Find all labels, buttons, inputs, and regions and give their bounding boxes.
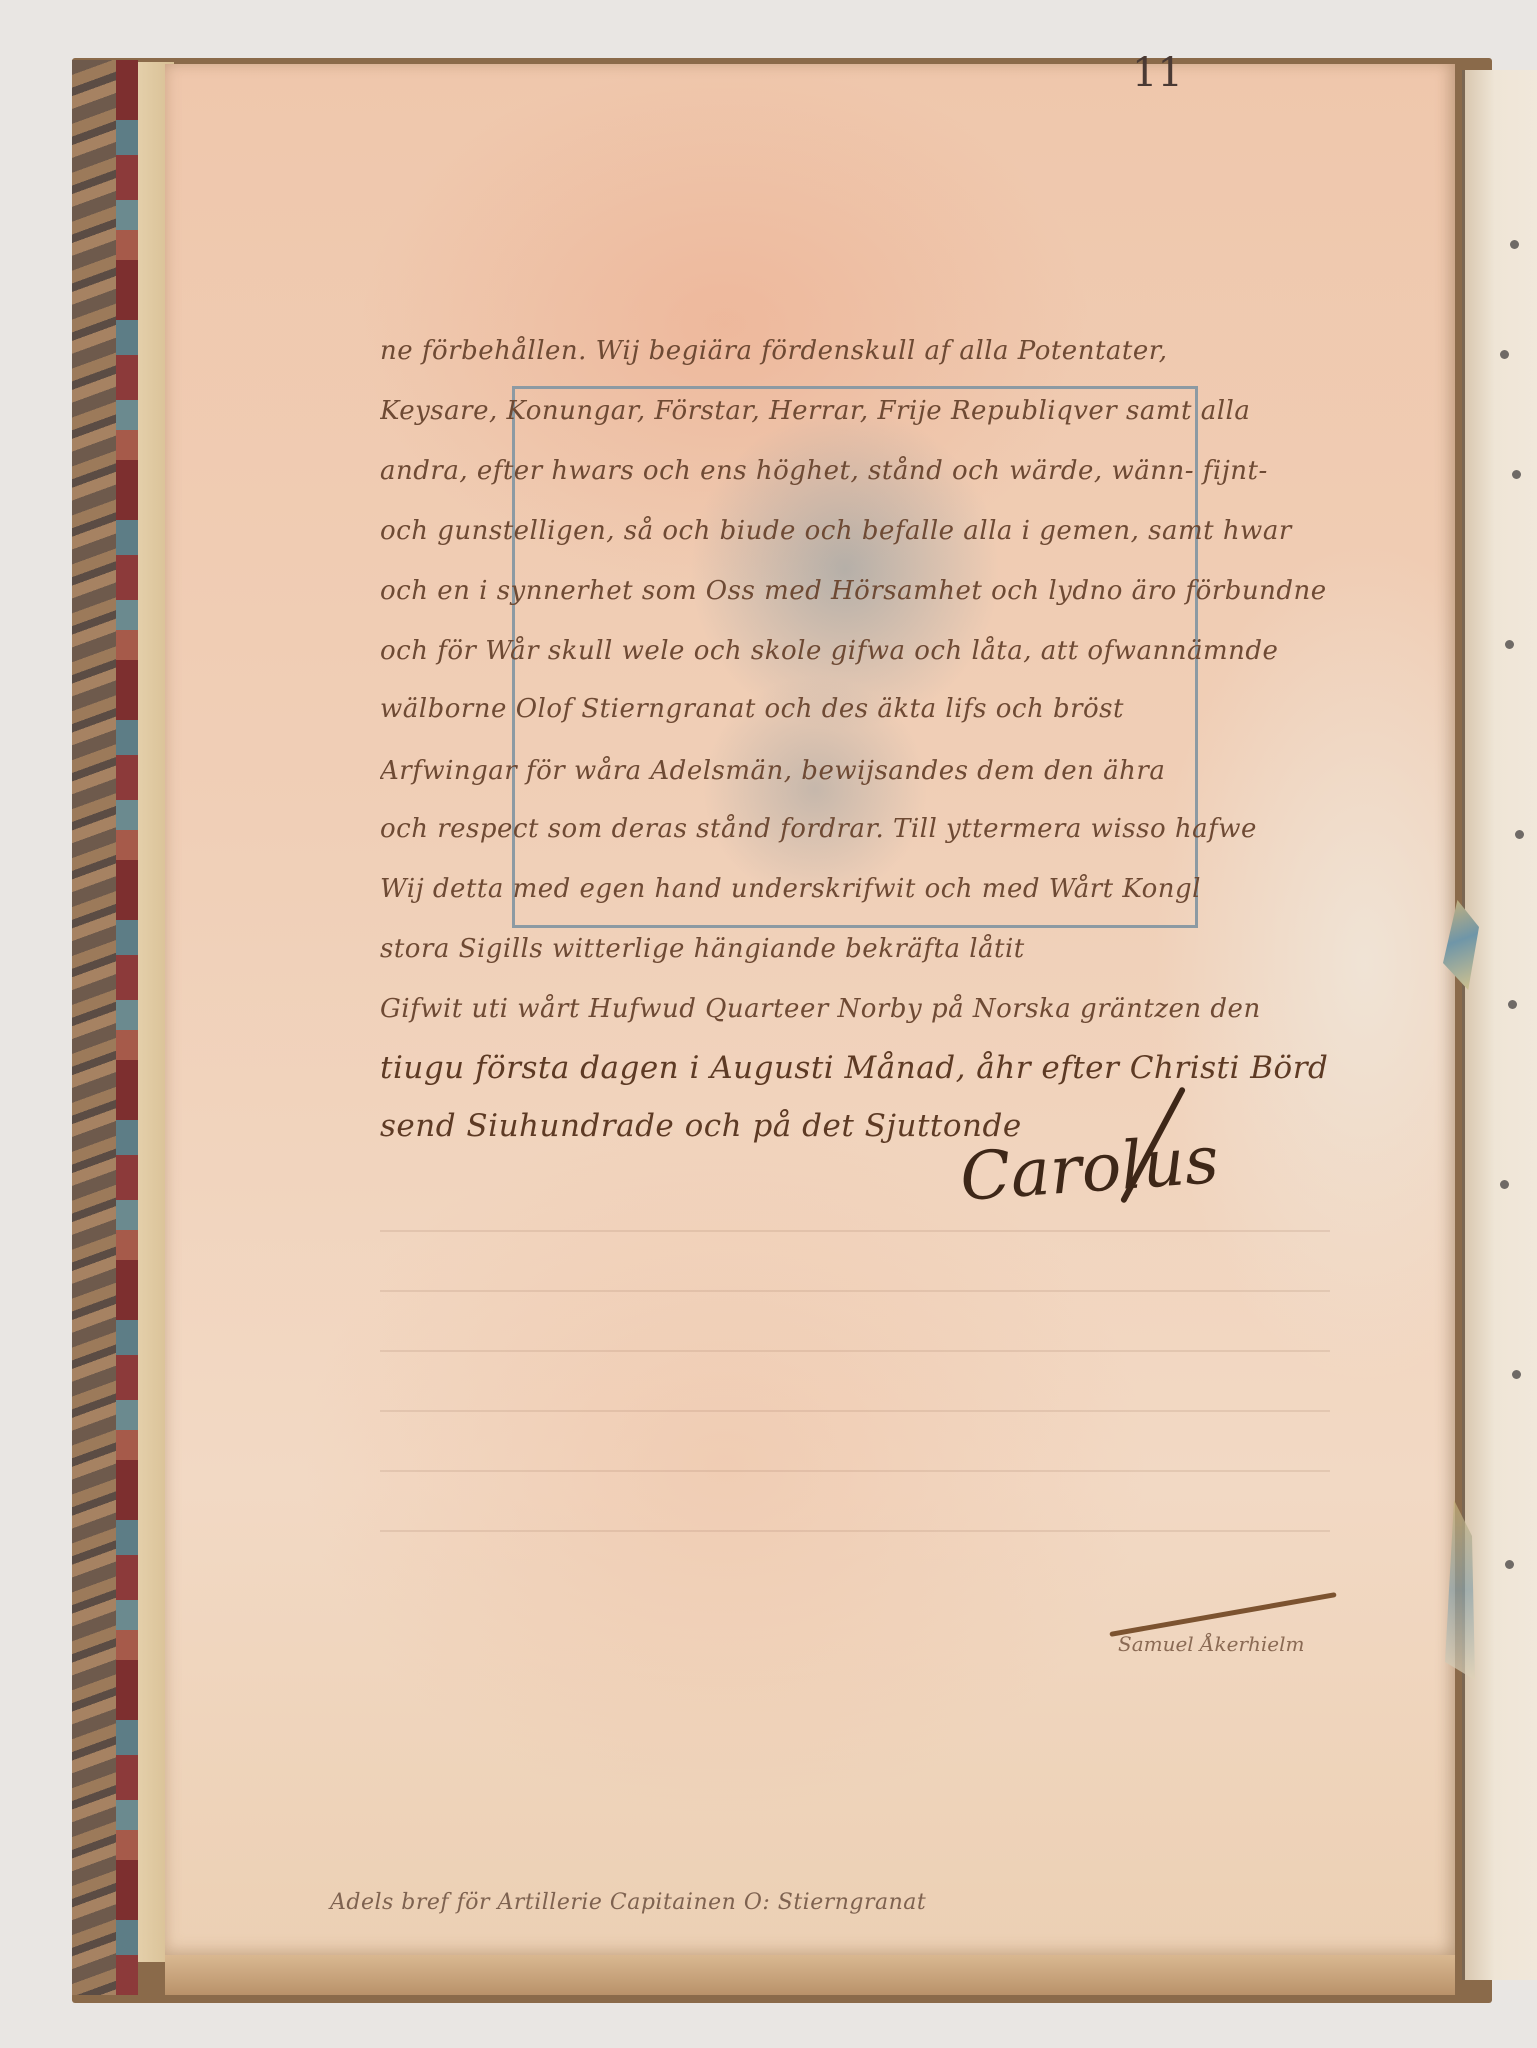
text-line: och för Wår skull wele och skole gifwa o…: [380, 636, 1330, 666]
text-line: andra, efter hwars och ens höghet, stånd…: [380, 456, 1330, 486]
text-line: och gunstelligen, så och biude och befal…: [380, 516, 1330, 546]
endorsement-note: Adels bref för Artillerie Capitainen O: …: [330, 1890, 926, 1915]
marbled-endpaper: [116, 60, 138, 1995]
text-line: ne förbehållen. Wij begiära fördenskull …: [380, 336, 1330, 366]
ink-spot: [1515, 830, 1524, 839]
folio-number: 11: [1132, 50, 1183, 96]
text-line: wälborne Olof Stierngranat och des äkta …: [380, 694, 1330, 724]
page-bottom-edge: [165, 1955, 1455, 1995]
text-line: Gifwit uti wårt Hufwud Quarteer Norby på…: [380, 994, 1330, 1024]
ink-spot: [1500, 350, 1509, 359]
bleed-through-line: [380, 1290, 1330, 1292]
ink-spot: [1512, 1370, 1521, 1379]
ink-spot: [1505, 1560, 1514, 1569]
ink-spot: [1500, 1180, 1509, 1189]
text-line: tiugu första dagen i Augusti Månad, åhr …: [380, 1050, 1330, 1086]
bleed-through-line: [380, 1410, 1330, 1412]
bleed-through-line: [380, 1230, 1330, 1232]
text-line: och respect som deras stånd fordrar. Til…: [380, 814, 1330, 844]
ink-spot: [1510, 240, 1519, 249]
ink-spot: [1512, 470, 1521, 479]
bleed-through-line: [380, 1530, 1330, 1532]
text-line: stora Sigills witterlige hängiande bekrä…: [380, 934, 1330, 964]
text-line: Keysare, Konungar, Förstar, Herrar, Frij…: [380, 396, 1330, 426]
ink-spot: [1508, 1000, 1517, 1009]
ink-spot: [1505, 640, 1514, 649]
text-line: Wij detta med egen hand underskrifwit oc…: [380, 874, 1330, 904]
text-line: och en i synnerhet som Oss med Hörsamhet…: [380, 576, 1330, 606]
marbled-binding: [72, 60, 118, 1995]
bleed-through-line: [380, 1350, 1330, 1352]
bleed-through-line: [380, 1470, 1330, 1472]
text-line: Arfwingar för wåra Adelsmän, bewijsandes…: [380, 756, 1330, 786]
countersignature: Samuel Åkerhielm: [1118, 1632, 1305, 1656]
